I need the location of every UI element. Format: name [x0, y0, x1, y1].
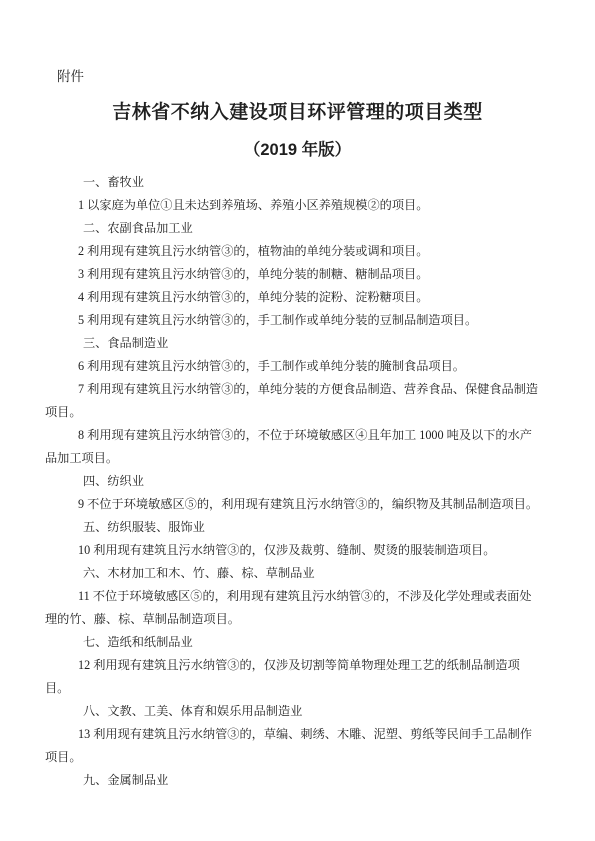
list-item: 3 利用现有建筑且污水纳管③的，单纯分装的制糖、糖制品项目。	[45, 263, 542, 286]
list-item: 9 不位于环境敏感区⑤的，利用现有建筑且污水纳管③的，编织物及其制品制造项目。	[45, 493, 542, 516]
section-heading: 九、金属制品业	[45, 769, 542, 792]
list-item: 4 利用现有建筑且污水纳管③的，单纯分装的淀粉、淀粉糖项目。	[45, 286, 542, 309]
list-item: 6 利用现有建筑且污水纳管③的，手工制作或单纯分装的腌制食品项目。	[45, 355, 542, 378]
page-subtitle: （2019 年版）	[0, 139, 595, 161]
page-title: 吉林省不纳入建设项目环评管理的项目类型	[0, 100, 595, 125]
attachment-label: 附件	[57, 68, 84, 85]
list-item: 13 利用现有建筑且污水纳管③的，草编、刺绣、木雕、泥塑、剪纸等民间手工品制作项…	[45, 723, 542, 769]
list-item: 2 利用现有建筑且污水纳管③的，植物油的单纯分装或调和项目。	[45, 240, 542, 263]
section-heading: 一、畜牧业	[45, 171, 542, 194]
section-heading: 七、造纸和纸制品业	[45, 631, 542, 654]
section-heading: 五、纺织服装、服饰业	[45, 516, 542, 539]
section-heading: 三、食品制造业	[45, 332, 542, 355]
list-item: 8 利用现有建筑且污水纳管③的，不位于环境敏感区④且年加工 1000 吨及以下的…	[45, 424, 542, 470]
section-heading: 四、纺织业	[45, 470, 542, 493]
list-item: 11 不位于环境敏感区⑤的，利用现有建筑且污水纳管③的，不涉及化学处理或表面处理…	[45, 585, 542, 631]
list-item: 7 利用现有建筑且污水纳管③的，单纯分装的方便食品制造、营养食品、保健食品制造项…	[45, 378, 542, 424]
document-body: 一、畜牧业1 以家庭为单位①且未达到养殖场、养殖小区养殖规模②的项目。二、农副食…	[45, 171, 542, 792]
document-page: 附件 吉林省不纳入建设项目环评管理的项目类型 （2019 年版） 一、畜牧业1 …	[0, 0, 595, 841]
list-item: 10 利用现有建筑且污水纳管③的，仅涉及裁剪、缝制、熨烫的服装制造项目。	[45, 539, 542, 562]
list-item: 1 以家庭为单位①且未达到养殖场、养殖小区养殖规模②的项目。	[45, 194, 542, 217]
list-item: 12 利用现有建筑且污水纳管③的，仅涉及切割等简单物理处理工艺的纸制品制造项目。	[45, 654, 542, 700]
section-heading: 八、文教、工美、体育和娱乐用品制造业	[45, 700, 542, 723]
section-heading: 六、木材加工和木、竹、藤、棕、草制品业	[45, 562, 542, 585]
list-item: 5 利用现有建筑且污水纳管③的，手工制作或单纯分装的豆制品制造项目。	[45, 309, 542, 332]
section-heading: 二、农副食品加工业	[45, 217, 542, 240]
